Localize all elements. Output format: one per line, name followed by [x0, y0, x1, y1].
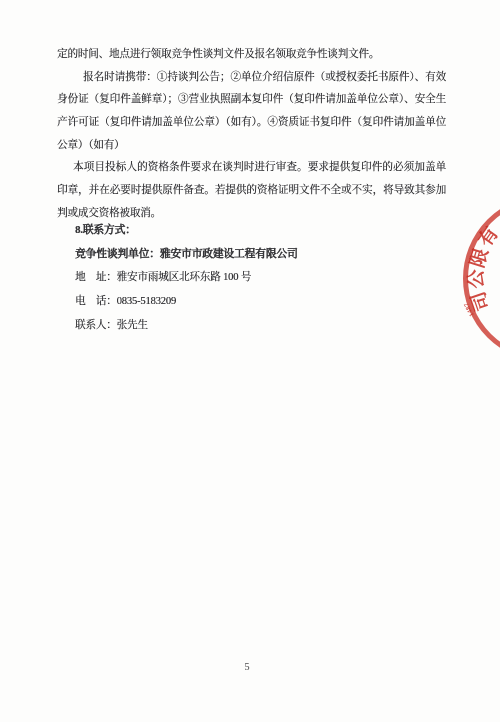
body-text-line: 定的时间、地点进行领取竞争性谈判文件及报名领取竞争性谈判文件。 [57, 44, 446, 67]
negotiation-unit-row: 竞争性谈判单位：雅安市市政建设工程有限公司 [75, 243, 298, 267]
body-text-line: 身份证（复印件盖鲜章）；③营业执照副本复印件（复印件请加盖单位公章）、安全生 [57, 89, 446, 112]
company-seal-char: 限 [468, 246, 492, 270]
company-seal-char: 有 [476, 224, 500, 250]
contact-section: 8.联系方式： 竞争性谈判单位：雅安市市政建设工程有限公司 地 址：雅安市雨城区… [75, 219, 298, 337]
body-text-line: 产许可证（复印件请加盖单位公章）（如有）。④资质证书复印件（复印件请加盖单位 [57, 112, 446, 135]
company-seal-serial: 1487 [464, 301, 477, 317]
contact-person-label: 联系人： [75, 320, 117, 331]
body-text: 定的时间、地点进行领取竞争性谈判文件及报名领取竞争性谈判文件。 报名时请携带：①… [57, 44, 446, 226]
body-text-line: 公章）（如有） [57, 135, 446, 158]
company-seal-char: 司 [469, 289, 493, 313]
address-row: 地 址：雅安市雨城区北环东路 100 号 [75, 266, 298, 290]
company-seal-char: 公 [467, 269, 486, 288]
body-text-line: 印章，并在必要时提供原件备查。若提供的资格证明文件不全或不实，将导致其参加谈 [57, 180, 446, 203]
phone-row: 电 话：0835-5183209 [75, 290, 298, 314]
contact-person-row: 联系人：张先生 [75, 314, 298, 338]
phone-value: 0835-5183209 [117, 296, 176, 307]
company-seal-ring [463, 195, 500, 362]
document-page: 定的时间、地点进行领取竞争性谈判文件及报名领取竞争性谈判文件。 报名时请携带：①… [0, 0, 500, 722]
body-text-line: 报名时请携带：①持谈判公告；②单位介绍信原件（或授权委托书原件）、有效 [57, 67, 446, 90]
address-value: 雅安市雨城区北环东路 100 号 [117, 272, 252, 283]
contact-person-value: 张先生 [117, 320, 148, 331]
negotiation-unit-value: 雅安市市政建设工程有限公司 [160, 248, 298, 260]
negotiation-unit-label: 竞争性谈判单位： [75, 248, 160, 260]
body-text-line: 本项目投标人的资格条件要求在谈判时进行审查。要求提供复印件的必须加盖单位 [57, 157, 446, 180]
address-label: 地 址： [75, 272, 117, 283]
contact-heading: 8.联系方式： [75, 219, 298, 243]
phone-label: 电 话： [75, 296, 117, 307]
page-number: 5 [0, 662, 494, 673]
